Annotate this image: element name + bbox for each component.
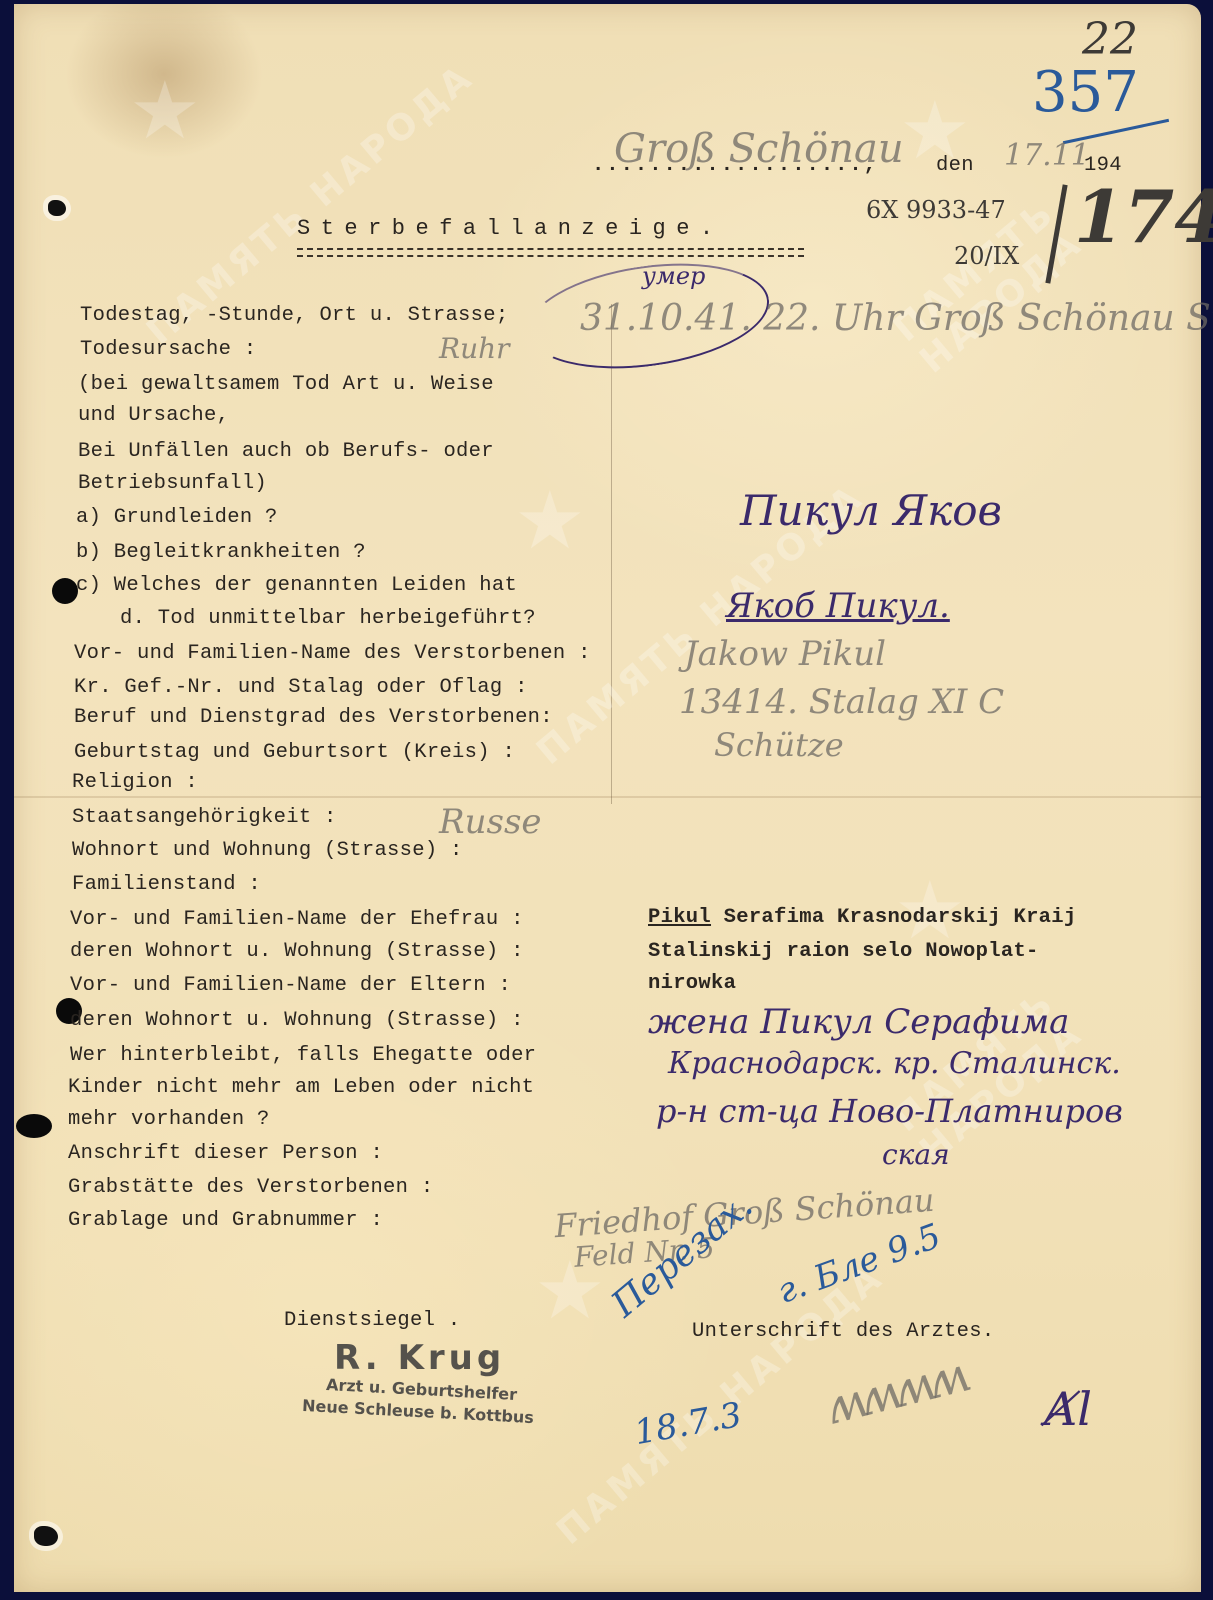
field-label-violent-death: (bei gewaltsamem Tod Art u. Weise bbox=[78, 373, 494, 396]
field-label-religion: Religion : bbox=[72, 771, 198, 794]
field-label-primary-disease: a) Grundleiden ? bbox=[76, 506, 278, 529]
field-label-survivor-cont: Kinder nicht mehr am Leben oder nicht bbox=[68, 1076, 534, 1099]
wife-info-line-2: Stalinskij raion selo Nowoplat- bbox=[648, 940, 1039, 963]
field-label-marital-status: Familienstand : bbox=[72, 873, 261, 896]
doctor-signature-label: Unterschrift des Arztes. bbox=[692, 1320, 994, 1343]
initials-signature: Ⱥl bbox=[1044, 1382, 1092, 1436]
document-page: ★ ПАМЯТЬ НАРОДА ★ ПАМЯТЬ НАРОДА ★ ПАМЯТЬ… bbox=[14, 4, 1201, 1592]
field-label-fatal-disease: c) Welches der genannten Leiden hat bbox=[76, 574, 517, 597]
folio-number-blue: 357 bbox=[1032, 60, 1139, 125]
field-label-parents-name: Vor- und Familien-Name der Eltern : bbox=[70, 974, 511, 997]
watermark-star-icon: ★ bbox=[129, 64, 201, 157]
field-label-wife-name: Vor- und Familien-Name der Ehefrau : bbox=[70, 908, 524, 931]
field-label-cause: Todesursache : bbox=[80, 338, 256, 361]
document-title: Sterbefallanzeige. bbox=[297, 216, 724, 241]
field-label-grave-number: Grablage und Grabnummer : bbox=[68, 1209, 383, 1232]
field-label-survivor-cont2: mehr vorhanden ? bbox=[68, 1108, 270, 1131]
field-label-parents-address: deren Wohnort u. Wohnung (Strasse) : bbox=[70, 1009, 524, 1032]
field-label-wife-address: deren Wohnort u. Wohnung (Strasse) : bbox=[70, 940, 524, 963]
wife-handwritten-line-4: ская bbox=[882, 1138, 950, 1171]
stamp-doctor-name: R. Krug bbox=[334, 1338, 505, 1378]
date-handwritten: 17.11 bbox=[1004, 138, 1090, 173]
death-date-value: 31.10.41. 22. Uhr Groß Schönau Stalag bbox=[580, 298, 1213, 339]
field-label-profession-rank: Beruf und Dienstgrad des Verstorbenen: bbox=[74, 706, 553, 729]
field-label-death-date: Todestag, -Stunde, Ort u. Strasse; bbox=[80, 304, 508, 327]
file-number: 6X 9933-47 bbox=[866, 196, 1006, 224]
wife-info-line-3: nirowka bbox=[648, 972, 736, 995]
wife-handwritten-line-2: Краснодарск. кр. Сталинск. bbox=[668, 1046, 1121, 1081]
title-double-underline bbox=[297, 248, 804, 257]
field-label-person-address: Anschrift dieser Person : bbox=[68, 1142, 383, 1165]
field-label-work-accident: Betriebsunfall) bbox=[78, 472, 267, 495]
punch-hole bbox=[48, 200, 66, 216]
deceased-name-ru: Пикул Яков bbox=[740, 486, 1002, 535]
field-label-citizenship: Staatsangehörigkeit : bbox=[72, 806, 337, 829]
field-label-comorbidities: b) Begleitkrankheiten ? bbox=[76, 541, 366, 564]
punch-hole bbox=[34, 1526, 58, 1546]
field-label-accidents: Bei Unfällen auch ob Berufs- oder bbox=[78, 440, 494, 463]
punch-hole bbox=[16, 1114, 52, 1138]
pow-number-value: 13414. Stalag XI C bbox=[679, 682, 1004, 722]
wife-info-line-1: Pikul Serafima Krasnodarskij Kraij bbox=[648, 906, 1076, 929]
field-label-deceased-name: Vor- und Familien-Name des Verstorbenen … bbox=[74, 642, 591, 665]
citizenship-value: Russe bbox=[439, 802, 542, 842]
field-label-survivor: Wer hinterbleibt, falls Ehegatte oder bbox=[70, 1044, 536, 1067]
field-label-cause-cont: und Ursache, bbox=[78, 404, 229, 427]
rank-value: Schütze bbox=[714, 726, 844, 764]
field-label-grave-site: Grabstätte des Verstorbenen : bbox=[68, 1176, 433, 1199]
watermark-star-icon: ★ bbox=[514, 474, 586, 567]
paper-fold-horizontal bbox=[14, 796, 1201, 798]
field-label-pow-number: Kr. Gef.-Nr. und Stalag oder Oflag : bbox=[74, 676, 528, 699]
large-archive-number: 174 bbox=[1074, 174, 1213, 259]
paper-fold-vertical bbox=[611, 304, 612, 804]
cause-of-death-value: Ruhr bbox=[439, 332, 510, 365]
died-annotation-ru: умер bbox=[642, 262, 705, 290]
seal-label: Dienstsiegel . bbox=[284, 1309, 460, 1332]
field-label-residence: Wohnort und Wohnung (Strasse) : bbox=[72, 839, 463, 862]
wife-handwritten-line-1: жена Пикул Серафима bbox=[648, 1002, 1069, 1042]
wife-handwritten-line-3: р-н ст-ца Ново-Платниров bbox=[656, 1092, 1123, 1130]
deceased-name-pencil: Jakow Pikul bbox=[684, 634, 886, 674]
doctor-signature-scribble: ʍʍʍʍ bbox=[819, 1348, 969, 1436]
place-handwritten: Groß Schönau bbox=[614, 126, 904, 172]
field-label-birth: Geburtstag und Geburtsort (Kreis) : bbox=[74, 741, 515, 764]
sub-reference: 20/IX bbox=[954, 242, 1019, 270]
punch-hole bbox=[52, 578, 78, 604]
folio-number-top: 22 bbox=[1082, 14, 1138, 65]
field-label-fatal-disease-cont: d. Tod unmittelbar herbeigeführt? bbox=[120, 607, 536, 630]
deceased-name-ru-underlined: Якоб Пикул. bbox=[726, 586, 950, 626]
den-label: den bbox=[936, 154, 974, 177]
